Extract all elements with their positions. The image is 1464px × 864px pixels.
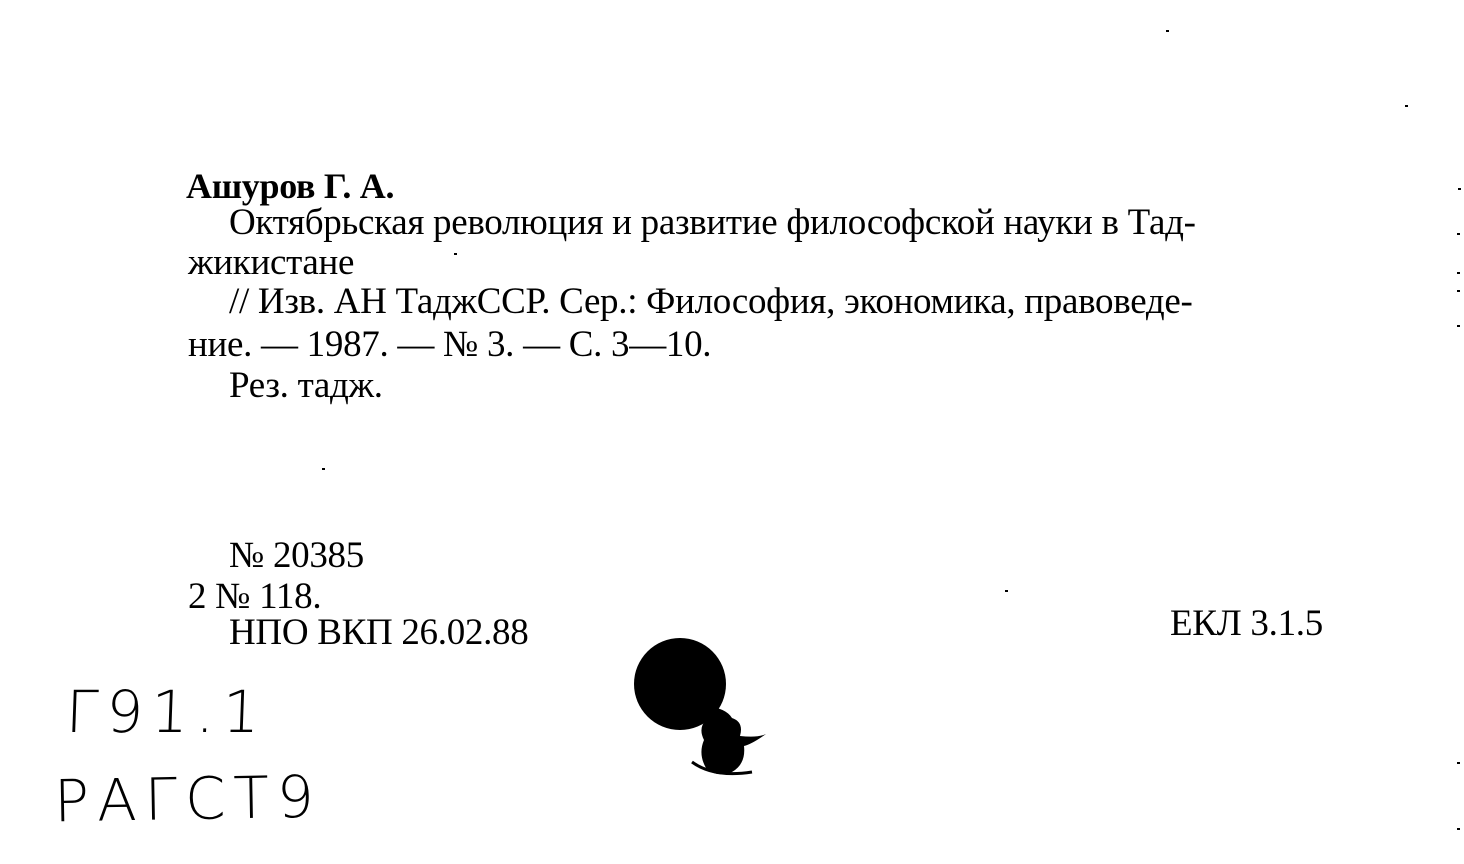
record-number: № 20385 [229, 536, 364, 576]
source-line-2: ние. — 1987. — № 3. — С. 3—10. [188, 325, 711, 365]
title-line-2: жикистане [188, 243, 354, 283]
organization-date: НПО ВКП 26.02.88 [229, 613, 528, 653]
speck [1457, 325, 1460, 327]
summary-note: Рез. тадж. [229, 366, 383, 406]
speck [322, 468, 325, 470]
title-line-1: Октябрьская революция и развитие философ… [229, 203, 1196, 243]
speck [1457, 762, 1460, 764]
speck [1005, 590, 1008, 592]
speck [1166, 30, 1169, 32]
speck [1457, 828, 1460, 830]
speck [1405, 105, 1408, 107]
catalog-card: Ашуров Г. А. Октябрьская революция и раз… [0, 0, 1464, 864]
handwritten-marker: РАГСТ9 [53, 763, 322, 836]
speck [1457, 233, 1460, 235]
speck [1457, 290, 1460, 292]
speck [1458, 188, 1461, 190]
ink-blot-icon [634, 636, 774, 786]
source-line-1: // Изв. АН ТаджССР. Сер.: Философия, эко… [229, 282, 1193, 322]
classification-code: ЕКЛ 3.1.5 [1170, 604, 1323, 644]
handwritten-shelf-code: Г91.1 [65, 678, 269, 746]
speck [454, 253, 457, 255]
author-name: Ашуров Г. А. [186, 166, 394, 206]
issue-reference: 2 № 118. [188, 577, 321, 617]
speck [1457, 272, 1460, 274]
